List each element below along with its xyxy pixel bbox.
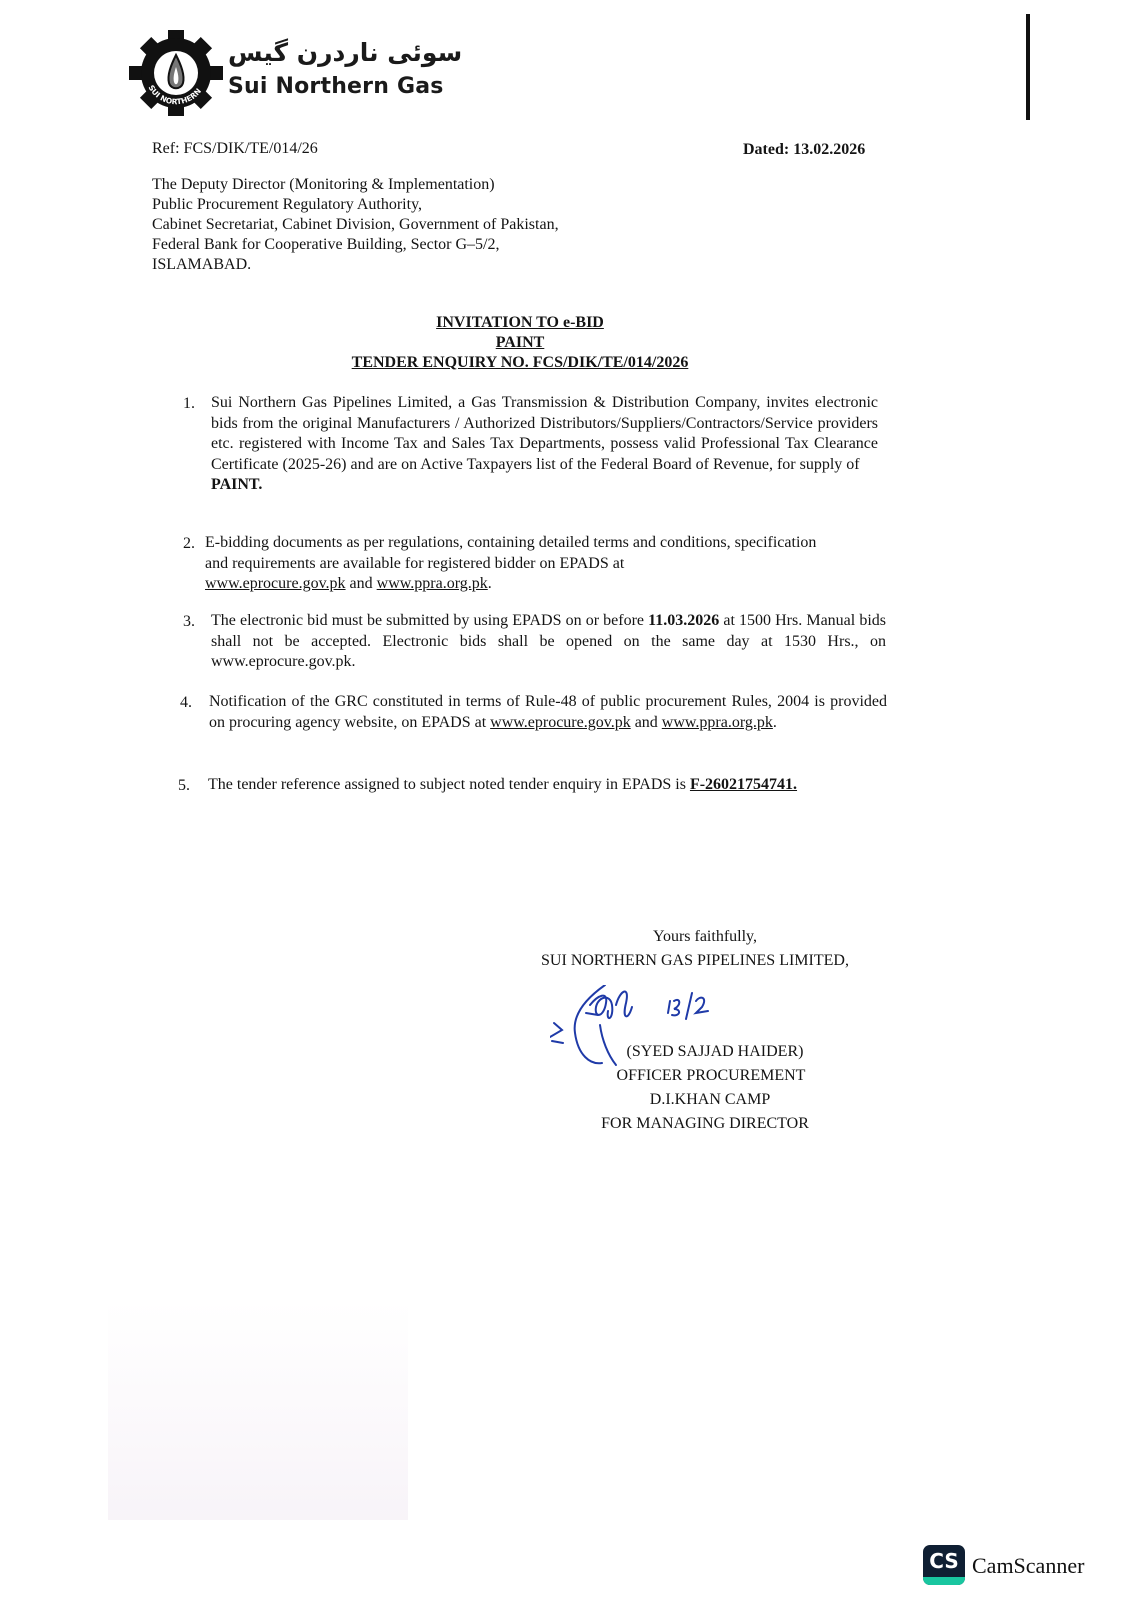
camscanner-badge-text: CS	[923, 1549, 965, 1573]
epads-tender-reference: F-26021754741.	[690, 776, 797, 793]
brand-name-english: Sui Northern Gas	[228, 74, 444, 99]
addressee-line: Public Procurement Regulatory Authority,	[152, 195, 559, 215]
signatory-on-behalf: FOR MANAGING DIRECTOR	[550, 1112, 860, 1136]
paragraph-number: 4.	[180, 694, 192, 712]
addressee-line: Cabinet Secretariat, Cabinet Division, G…	[152, 215, 559, 235]
reference-number: Ref: FCS/DIK/TE/014/26	[152, 140, 318, 158]
title-item: PAINT	[0, 333, 1040, 353]
addressee-line: The Deputy Director (Monitoring & Implem…	[152, 175, 559, 195]
paragraph-number: 5.	[178, 777, 190, 795]
salutation: Yours faithfully,	[515, 925, 875, 949]
paragraph-3-text: The electronic bid must be submitted by …	[211, 612, 648, 629]
signatory-block: (SYED SAJJAD HAIDER) OFFICER PROCUREMENT…	[560, 1040, 860, 1136]
letter-date: Dated: 13.02.2026	[743, 141, 865, 159]
camscanner-badge-accent	[923, 1577, 965, 1585]
text-joiner: and	[631, 714, 662, 731]
text-end: .	[488, 575, 492, 592]
addressee-line: Federal Bank for Cooperative Building, S…	[152, 235, 559, 255]
scan-edge-mark	[1026, 14, 1030, 120]
paragraph-2: E-bidding documents as per regulations, …	[205, 533, 825, 595]
paragraph-1-item: PAINT.	[211, 475, 878, 496]
paragraph-number: 3.	[183, 613, 195, 631]
paragraph-4: Notification of the GRC constituted in t…	[209, 692, 887, 733]
brand-name-urdu: سوئی ناردرن گیس	[228, 38, 462, 67]
signatory-name: (SYED SAJJAD HAIDER)	[560, 1040, 860, 1064]
paragraph-3: The electronic bid must be submitted by …	[211, 611, 886, 673]
paragraph-1-text: Sui Northern Gas Pipelines Limited, a Ga…	[211, 393, 878, 475]
link-ppra[interactable]: www.ppra.org.pk	[377, 575, 488, 592]
paragraph-5: The tender reference assigned to subject…	[208, 775, 908, 796]
signatory-designation: OFFICER PROCUREMENT	[560, 1064, 860, 1088]
camscanner-label: CamScanner	[972, 1553, 1084, 1579]
title-tender-enquiry: TENDER ENQUIRY NO. FCS/DIK/TE/014/2026	[0, 353, 1040, 373]
company-name: SUI NORTHERN GAS PIPELINES LIMITED,	[515, 949, 875, 973]
document-title-block: INVITATION TO e-BID PAINT TENDER ENQUIRY…	[0, 313, 1040, 373]
gear-flame-logo-icon: SUI NORTHERN	[128, 30, 224, 116]
camscanner-logo-icon: CS	[923, 1545, 965, 1585]
text-end: .	[773, 714, 777, 731]
addressee-block: The Deputy Director (Monitoring & Implem…	[152, 175, 559, 275]
paragraph-number: 1.	[183, 395, 195, 413]
addressee-line: ISLAMABAD.	[152, 255, 559, 275]
link-eprocure[interactable]: www.eprocure.gov.pk	[205, 575, 346, 592]
link-eprocure[interactable]: www.eprocure.gov.pk	[490, 714, 631, 731]
paragraph-number: 2.	[183, 535, 195, 553]
paragraph-1: Sui Northern Gas Pipelines Limited, a Ga…	[211, 393, 878, 496]
scan-artifact	[108, 1300, 408, 1520]
signatory-office: D.I.KHAN CAMP	[560, 1088, 860, 1112]
bid-deadline: 11.03.2026	[648, 612, 719, 629]
paragraph-5-text: The tender reference assigned to subject…	[208, 776, 690, 793]
title-invitation: INVITATION TO e-BID	[0, 313, 1040, 333]
paragraph-2-text: E-bidding documents as per regulations, …	[205, 534, 816, 572]
link-ppra[interactable]: www.ppra.org.pk	[662, 714, 773, 731]
text-joiner: and	[346, 575, 377, 592]
closing-block: Yours faithfully, SUI NORTHERN GAS PIPEL…	[515, 925, 875, 973]
